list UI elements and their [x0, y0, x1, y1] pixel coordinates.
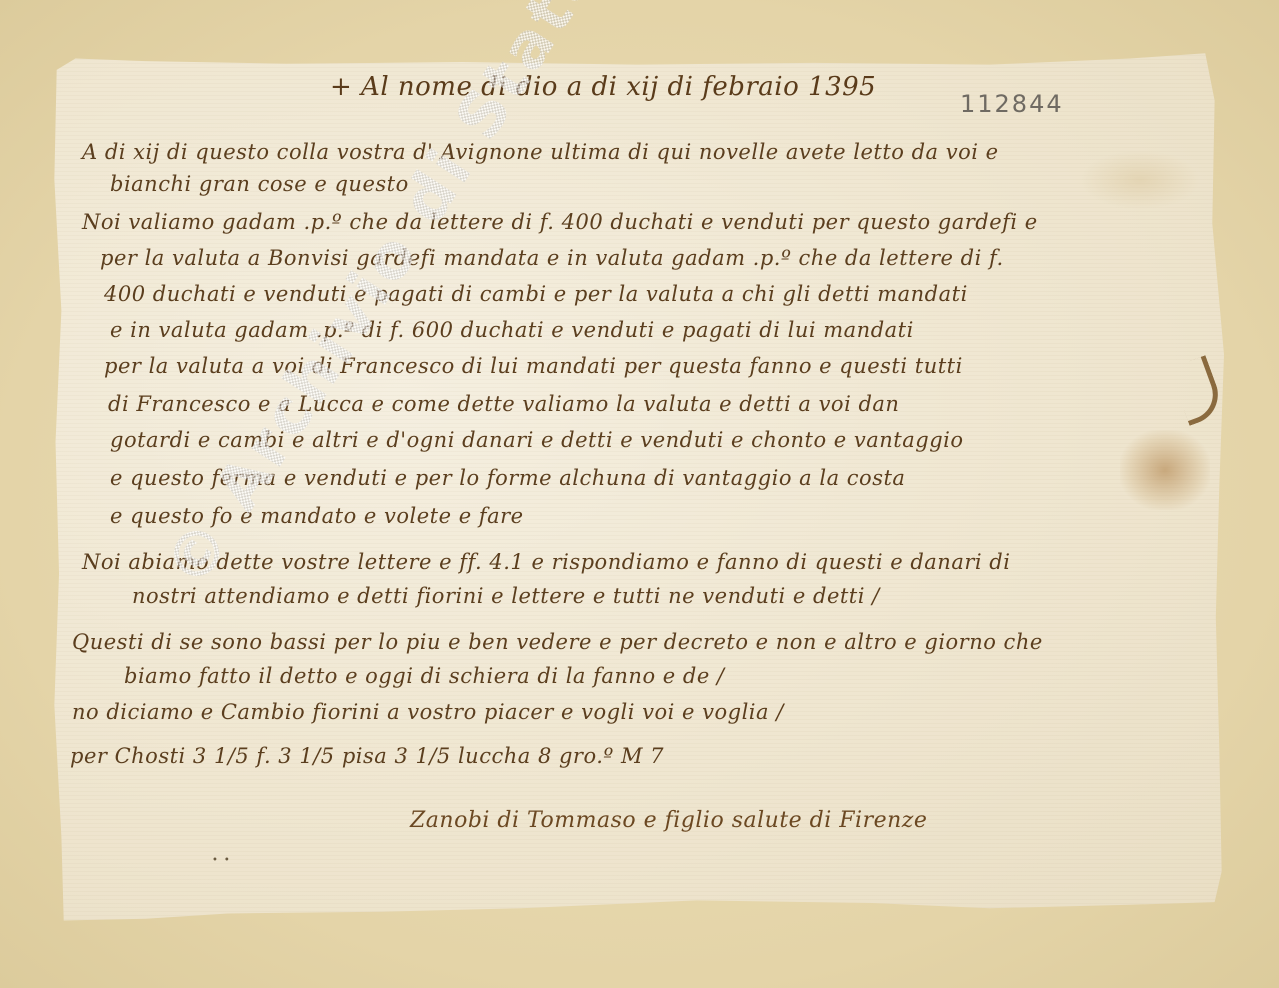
letter-line: Noi valiamo gadam .p.º che da lettere di… — [82, 210, 1038, 234]
letter-line: Questi di se sono bassi per lo piu e ben… — [72, 630, 1043, 654]
letter-line: per la valuta a voi di Francesco di lui … — [104, 354, 963, 378]
letter-line: nostri attendiamo e detti fiorini e lett… — [132, 584, 880, 608]
paper-stain-top — [1080, 150, 1200, 210]
letter-line: 400 duchati e venduti e pagati di cambi … — [104, 282, 968, 306]
letter-line: per la valuta a Bonvisi gardefi mandata … — [100, 246, 1004, 270]
worm-holes: •• — [212, 855, 236, 866]
letter-line: e in valuta gadam .p.º di f. 600 duchati… — [110, 318, 914, 342]
letter-line: no diciamo e Cambio fiorini a vostro pia… — [72, 700, 784, 724]
letter-heading: + Al nome di dio a di xij di febraio 139… — [330, 72, 876, 102]
letter-line: biamo fatto il detto e oggi di schiera d… — [124, 664, 725, 688]
letter-line: per Chosti 3 1/5 f. 3 1/5 pisa 3 1/5 luc… — [70, 744, 664, 768]
paper-stain-right — [1120, 430, 1210, 510]
letter-line: A di xij di questo colla vostra d' Avign… — [82, 140, 999, 164]
letter-signature: Zanobi di Tommaso e figlio salute di Fir… — [410, 808, 927, 833]
letter-line: di Francesco e a Lucca e come dette vali… — [108, 392, 899, 416]
letter-line: bianchi gran cose e questo — [110, 172, 409, 196]
archive-number: 112844 — [960, 90, 1064, 118]
